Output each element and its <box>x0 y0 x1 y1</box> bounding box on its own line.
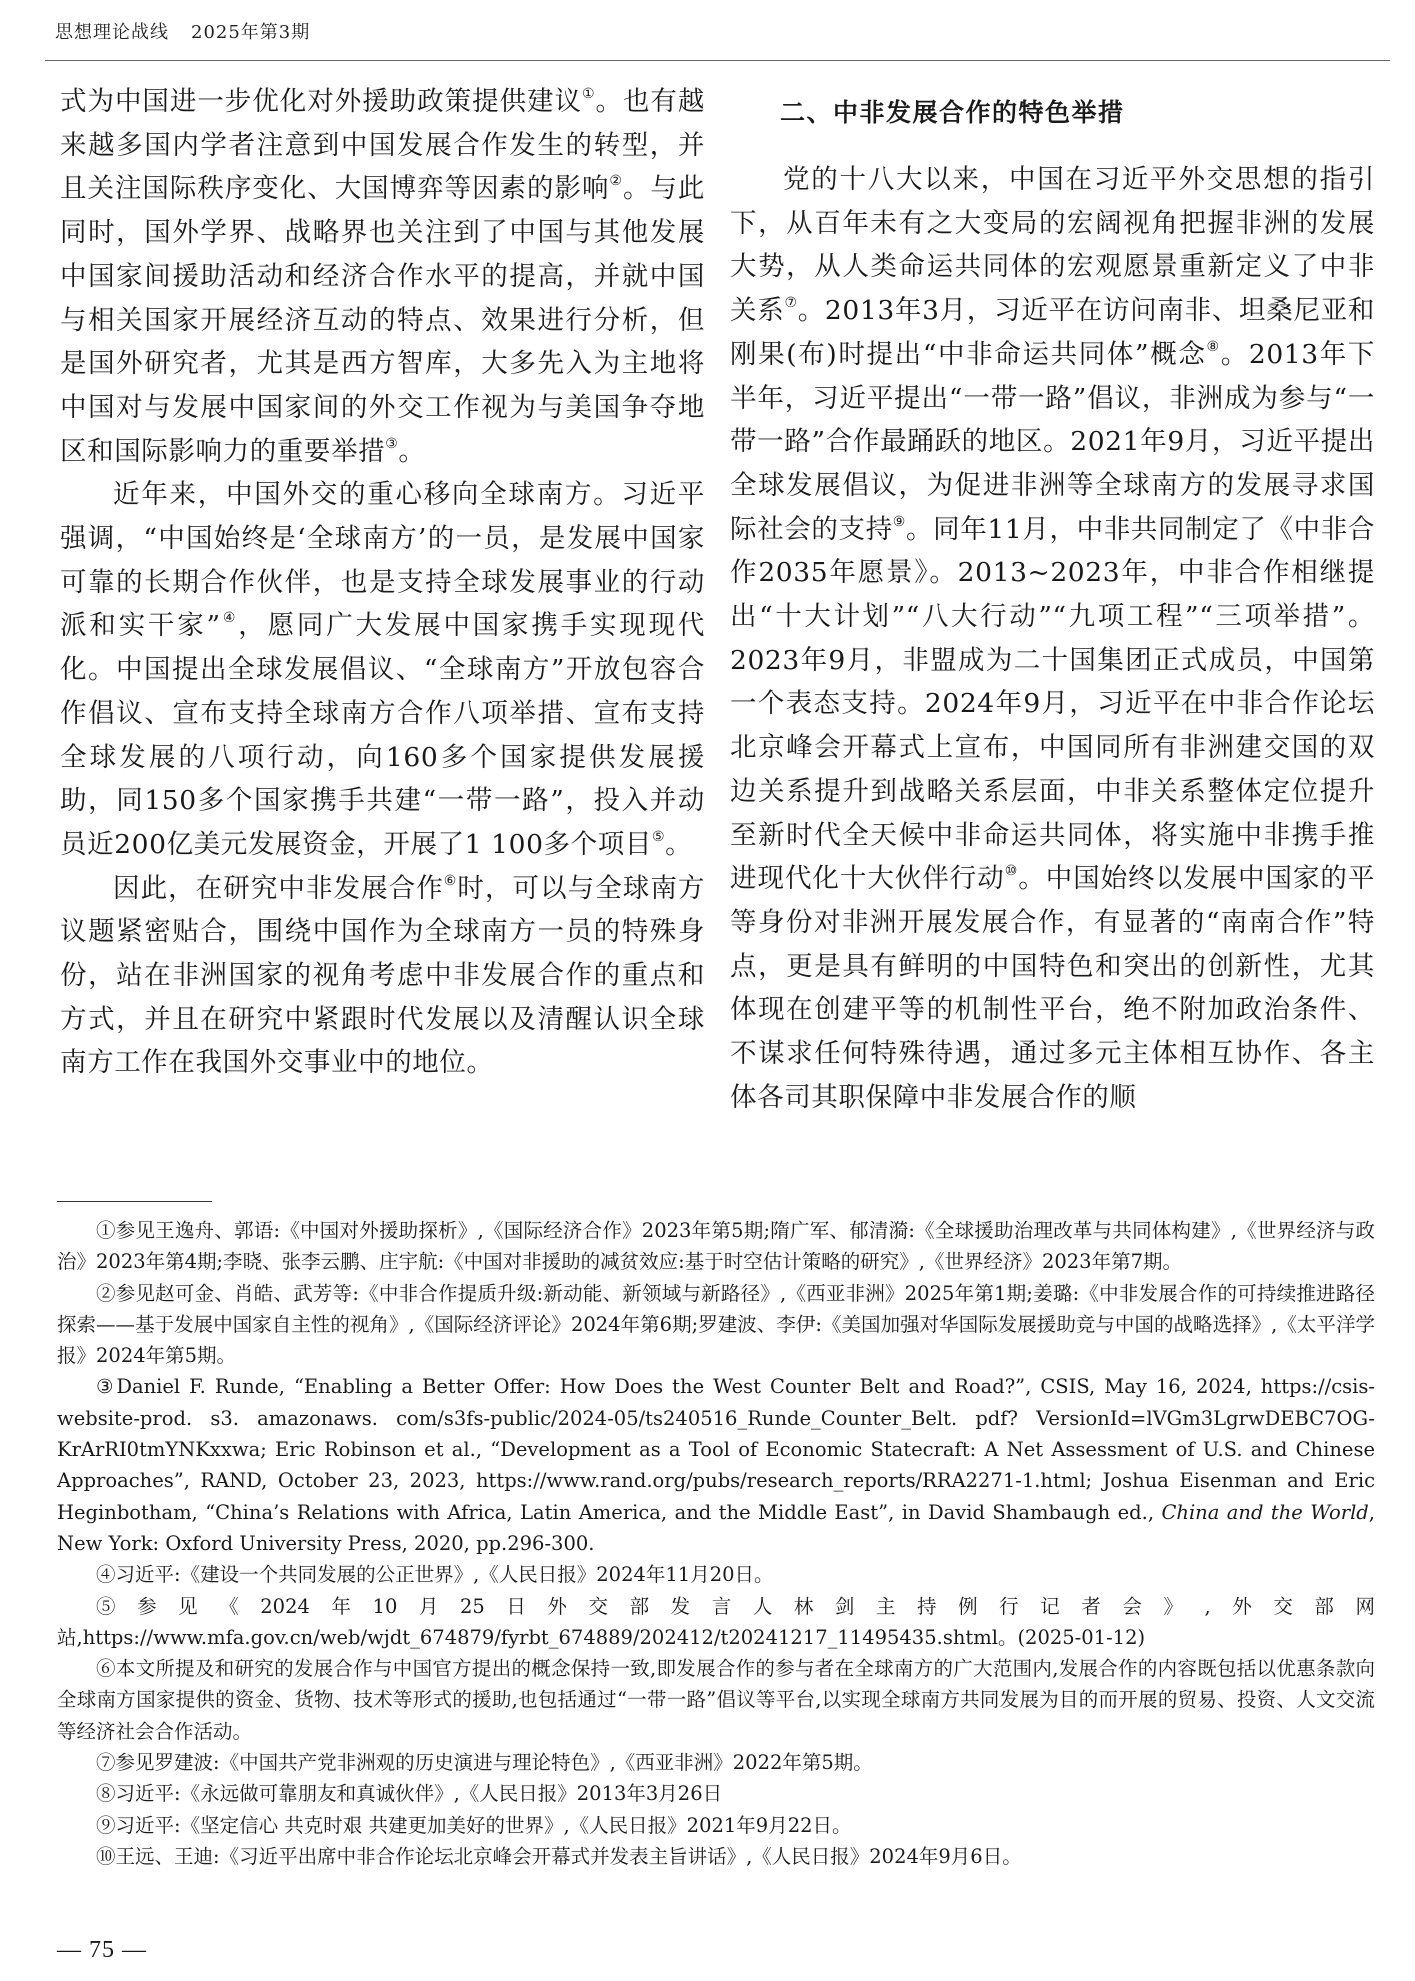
journal-name: 思想理论战线 <box>55 22 169 43</box>
footnote-rule <box>57 1201 212 1202</box>
footnote-item: ①参见王逸舟、郭语:《中国对外援助探析》,《国际经济合作》2023年第5期;隋广… <box>57 1215 1375 1278</box>
footnote-ref[interactable]: ⑧ <box>1207 339 1221 355</box>
issue-label: 2025年第3期 <box>191 22 310 43</box>
section-title: 二、中非发展合作的特色举措 <box>780 90 1375 136</box>
body-paragraph: 式为中国进一步优化对外援助政策提供建议①。也有越来越多国内学者注意到中国发展合作… <box>60 80 705 473</box>
footnote-item: ⑥本文所提及和研究的发展合作与中国官方提出的概念保持一致,即发展合作的参与者在全… <box>57 1653 1375 1747</box>
body-paragraph: 因此，在研究中非发展合作⑥时，可以与全球南方议题紧密贴合，围绕中国作为全球南方一… <box>60 867 705 1086</box>
footnote-ref[interactable]: ⑦ <box>784 295 797 311</box>
footnote-item: ⑨习近平:《坚定信心 共克时艰 共建更加美好的世界》,《人民日报》2021年9月… <box>57 1810 1375 1841</box>
footnote-item: ⑦参见罗建波:《中国共产党非洲观的历史演进与理论特色》,《西亚非洲》2022年第… <box>57 1747 1375 1778</box>
right-column: 二、中非发展合作的特色举措 党的十八大以来，中国在习近平外交思想的指引下，从百年… <box>730 80 1375 1119</box>
footnotes: ①参见王逸舟、郭语:《中国对外援助探析》,《国际经济合作》2023年第5期;隋广… <box>57 1215 1375 1872</box>
footnote-item: ⑤参见《2024年10月25日外交部发言人林剑主持例行记者会》,外交部网站,ht… <box>57 1591 1375 1654</box>
footnote-ref[interactable]: ② <box>609 173 623 189</box>
footnote-ref[interactable]: ⑤ <box>652 829 665 845</box>
body-paragraph: 近年来，中国外交的重心移向全球南方。习近平强调，“中国始终是‘全球南方’的一员，… <box>60 473 705 866</box>
right-column-body: 党的十八大以来，中国在习近平外交思想的指引下，从百年未有之大变局的宏阔视角把握非… <box>730 158 1375 1119</box>
footnote-item: ②参见赵可金、肖皓、武芳等:《中非合作提质升级:新动能、新领域与新路径》,《西亚… <box>57 1278 1375 1372</box>
footnote-item: ③Daniel F. Runde, “Enabling a Better Off… <box>57 1371 1375 1559</box>
footnote-item: ⑩王远、王迪:《习近平出席中非合作论坛北京峰会开幕式并发表主旨讲话》,《人民日报… <box>57 1841 1375 1872</box>
left-column: 式为中国进一步优化对外援助政策提供建议①。也有越来越多国内学者注意到中国发展合作… <box>60 80 705 1085</box>
footnote-ref[interactable]: ⑨ <box>893 514 906 530</box>
footnote-item: ④习近平:《建设一个共同发展的公正世界》,《人民日报》2024年11月20日。 <box>57 1559 1375 1590</box>
page-number: — 75 — <box>57 1937 147 1964</box>
header-rule <box>45 60 1390 61</box>
footnote-ref[interactable]: ① <box>582 86 596 102</box>
footnote-ref[interactable]: ⑩ <box>1005 863 1019 879</box>
italic-title: China and the World <box>1161 1501 1368 1524</box>
body-paragraph: 党的十八大以来，中国在习近平外交思想的指引下，从百年未有之大变局的宏阔视角把握非… <box>730 158 1375 1119</box>
footnote-ref[interactable]: ③ <box>385 436 398 452</box>
footnote-ref[interactable]: ④ <box>221 610 239 626</box>
footnote-item: ⑧习近平:《永远做可靠朋友和真诚伙伴》,《人民日报》2013年3月26日 <box>57 1778 1375 1809</box>
footnote-ref[interactable]: ⑥ <box>444 873 458 889</box>
running-head: 思想理论战线2025年第3期 <box>55 18 310 44</box>
